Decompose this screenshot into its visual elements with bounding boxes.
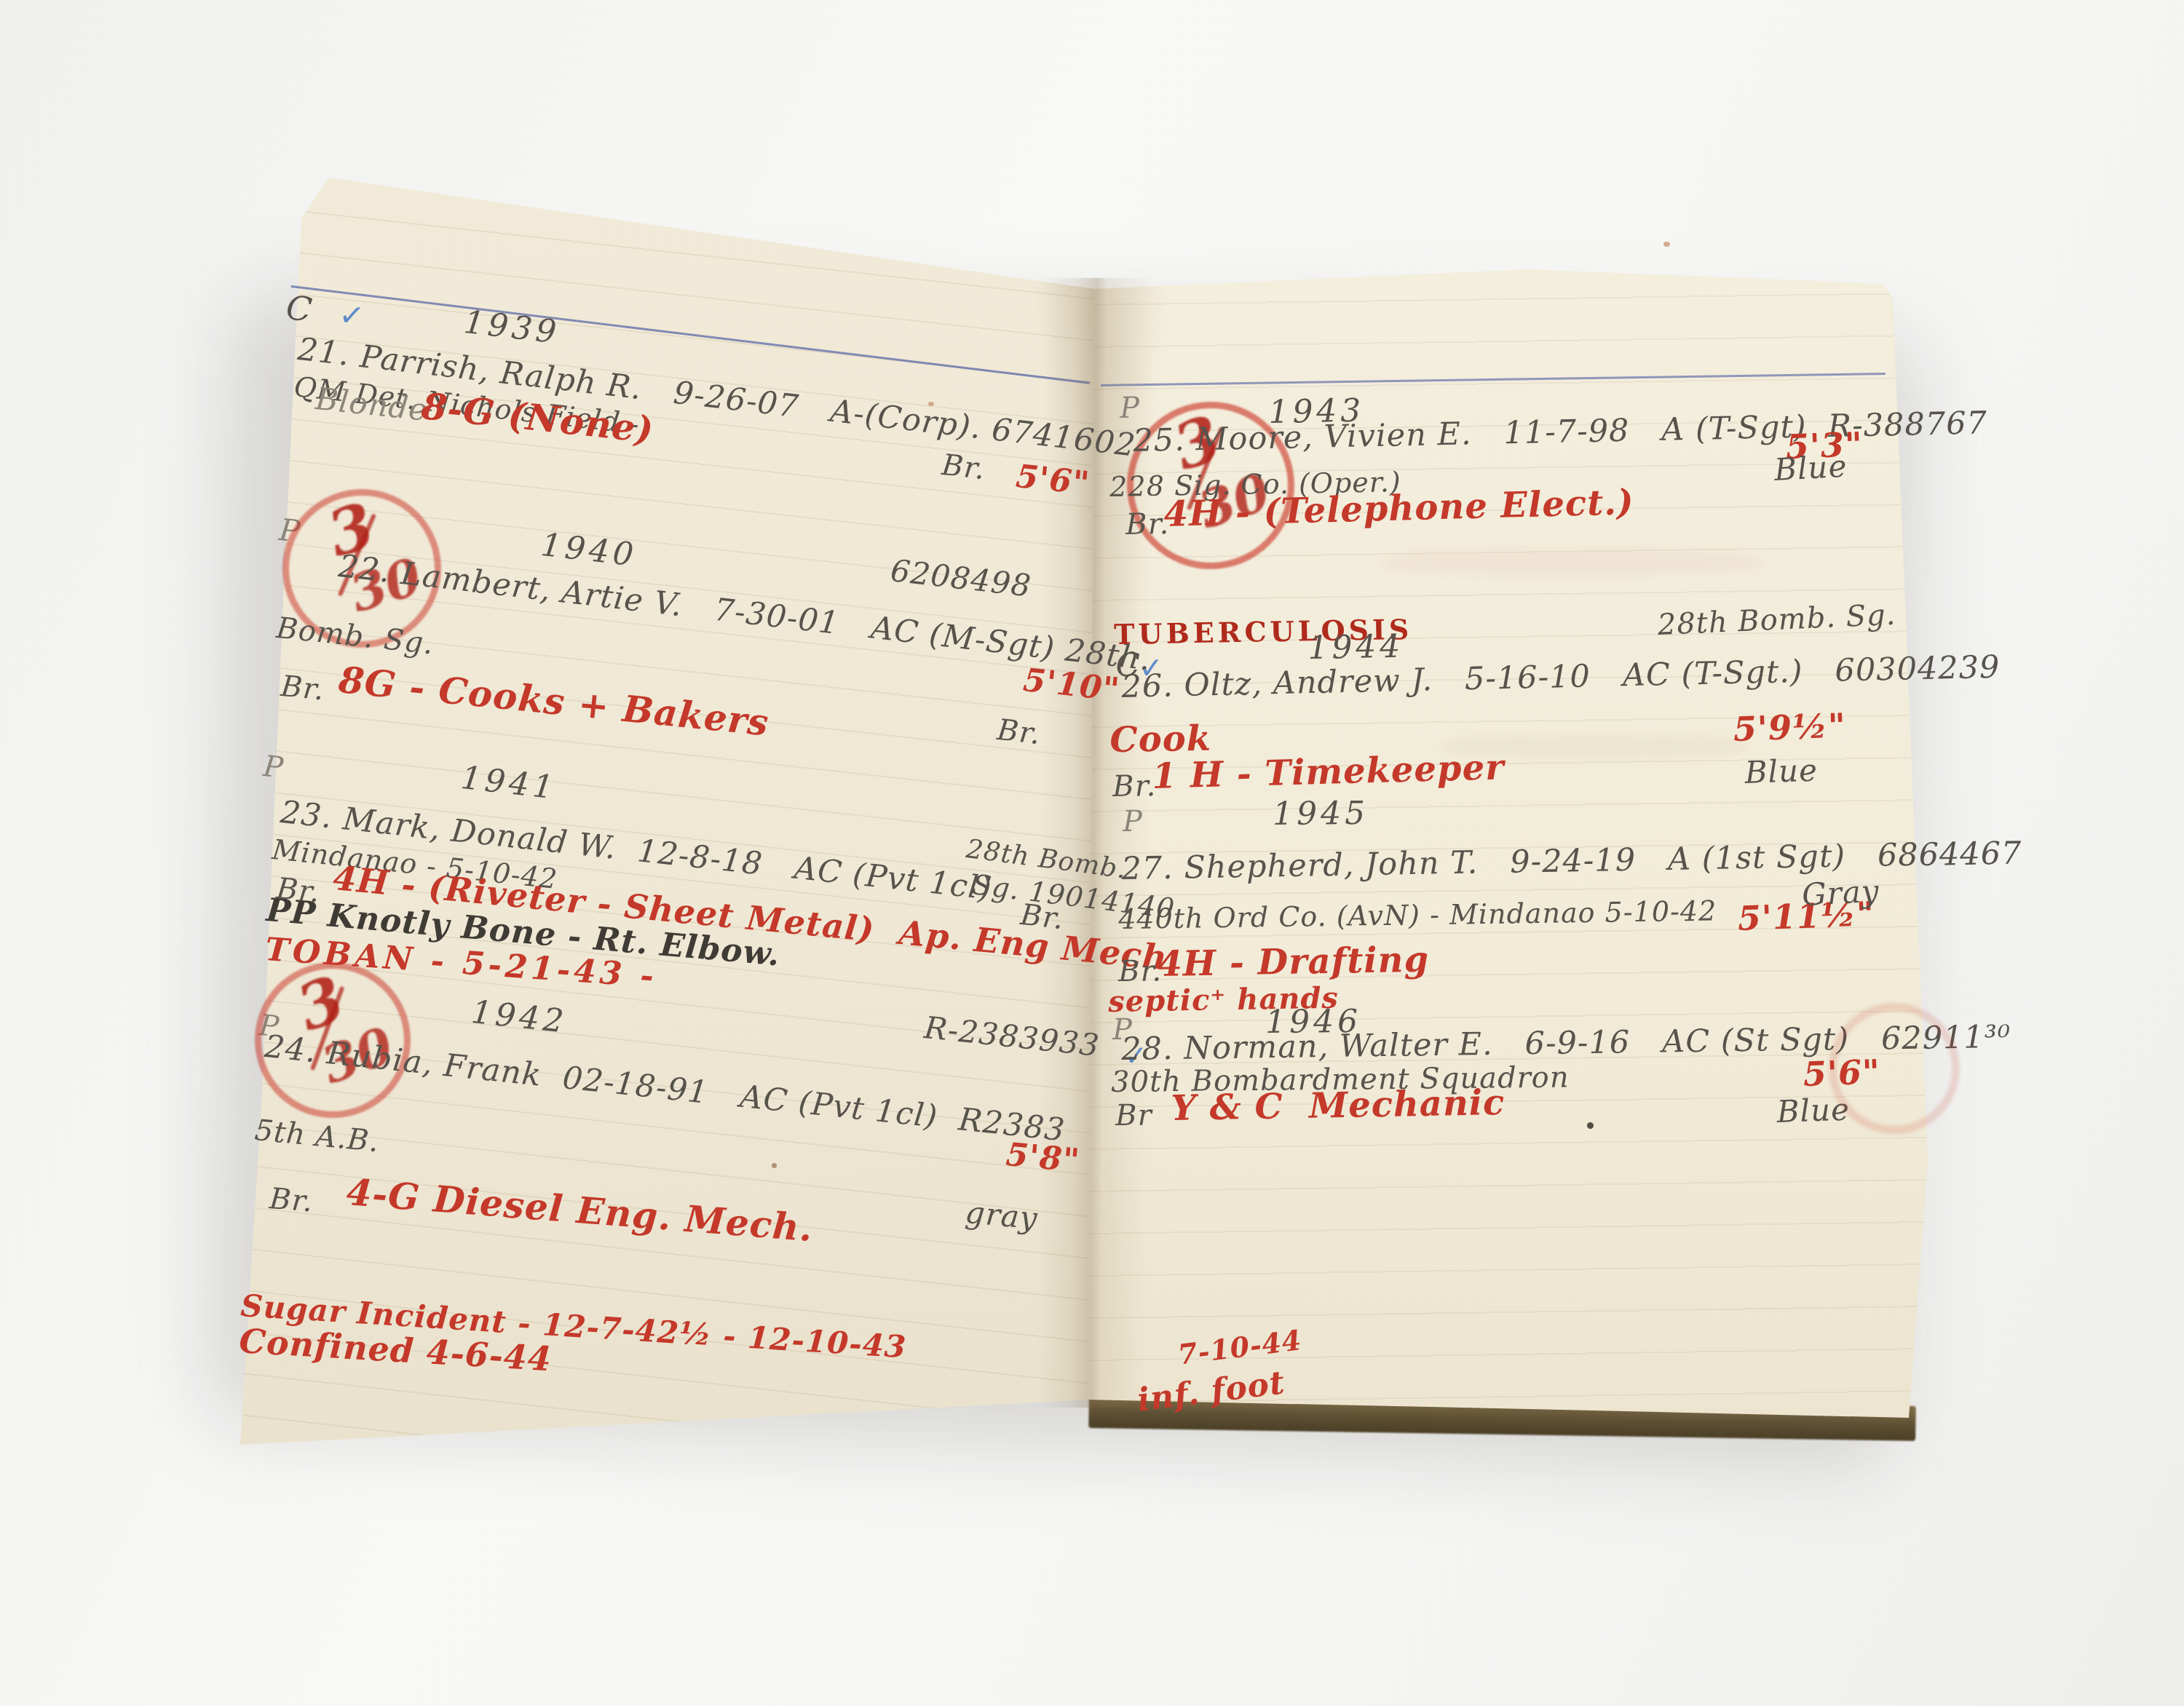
hair-label: Br. — [1118, 956, 1162, 987]
eye-note: Blue — [1744, 755, 1819, 790]
footer-injury-note: inf. foot — [1136, 1366, 1287, 1418]
height-note: 5'6" — [1014, 460, 1091, 501]
serial-number: R-2383933 — [922, 1012, 1101, 1062]
entry-unit-line: 440th Ord Co. (AvN) - Mindanao 5-10-42 — [1118, 897, 1717, 935]
hair-label-2: Br. — [996, 715, 1042, 750]
eye-note: Gray — [1801, 875, 1880, 911]
hair-label-2: Br. — [1019, 900, 1066, 935]
entry-year: 1942 — [470, 996, 569, 1039]
hair-label: Br — [1115, 1100, 1152, 1131]
entry-year: 1940 — [539, 528, 638, 573]
trade-note: 1 H - Timekeeper — [1152, 749, 1505, 795]
margin-mark: P — [1120, 393, 1141, 424]
eye-note: Blue — [1773, 451, 1848, 486]
height-note: 5'8" — [1005, 1138, 1081, 1178]
margin-mark: P — [262, 751, 285, 784]
entry-year: 1941 — [459, 761, 558, 806]
footer-date-note: 7-10-44 — [1176, 1325, 1303, 1369]
hair-label: Br. — [1125, 509, 1170, 540]
entry-year: 1945 — [1273, 797, 1369, 831]
hair-label: Br. — [941, 450, 987, 485]
entry-unit-line: 5th A.B. — [253, 1115, 381, 1157]
margin-mark: P — [1123, 806, 1143, 837]
margin-mark: C — [285, 290, 314, 328]
unit-right-1: 28th Bomb. Sg. — [1657, 600, 1896, 640]
trade-note: 4-G Diesel Eng. Mech. — [345, 1173, 815, 1248]
notebook-photo: C ✓ 1939 21. Parrish, Ralph R. 9-26-07 A… — [0, 0, 2184, 1706]
cook-note: Cook — [1109, 721, 1211, 759]
entry-name-line: 26. Oltz, Andrew J. 5-16-10 AC (T-Sgt.) … — [1121, 651, 2001, 705]
entry-year: 1939 — [462, 306, 561, 350]
serial-number: 6208498 — [889, 555, 1033, 603]
faint-stamp-ring — [1829, 1003, 1960, 1134]
hair-label: Br. — [1112, 771, 1157, 802]
check-mark-icon: ✓ — [337, 298, 366, 333]
trade-note: 8G - Cooks + Bakers — [337, 661, 771, 742]
hair-label: Br. — [269, 1183, 314, 1218]
trade-note: Y & C Mechanic — [1171, 1084, 1506, 1127]
height-note: 5'9½" — [1733, 708, 1847, 747]
eye-note: gray — [964, 1197, 1039, 1235]
height-note: 5'10" — [1021, 664, 1121, 707]
hair-label: Br. — [280, 671, 326, 706]
entry-year: 1944 — [1307, 630, 1404, 665]
handwriting-layer: C ✓ 1939 21. Parrish, Ralph R. 9-26-07 A… — [0, 0, 2184, 1706]
entry-name-line: 27. Shepherd, John T. 9-24-19 A (1st Sgt… — [1121, 837, 2022, 886]
trade-note: 4H - Drafting — [1158, 941, 1429, 983]
